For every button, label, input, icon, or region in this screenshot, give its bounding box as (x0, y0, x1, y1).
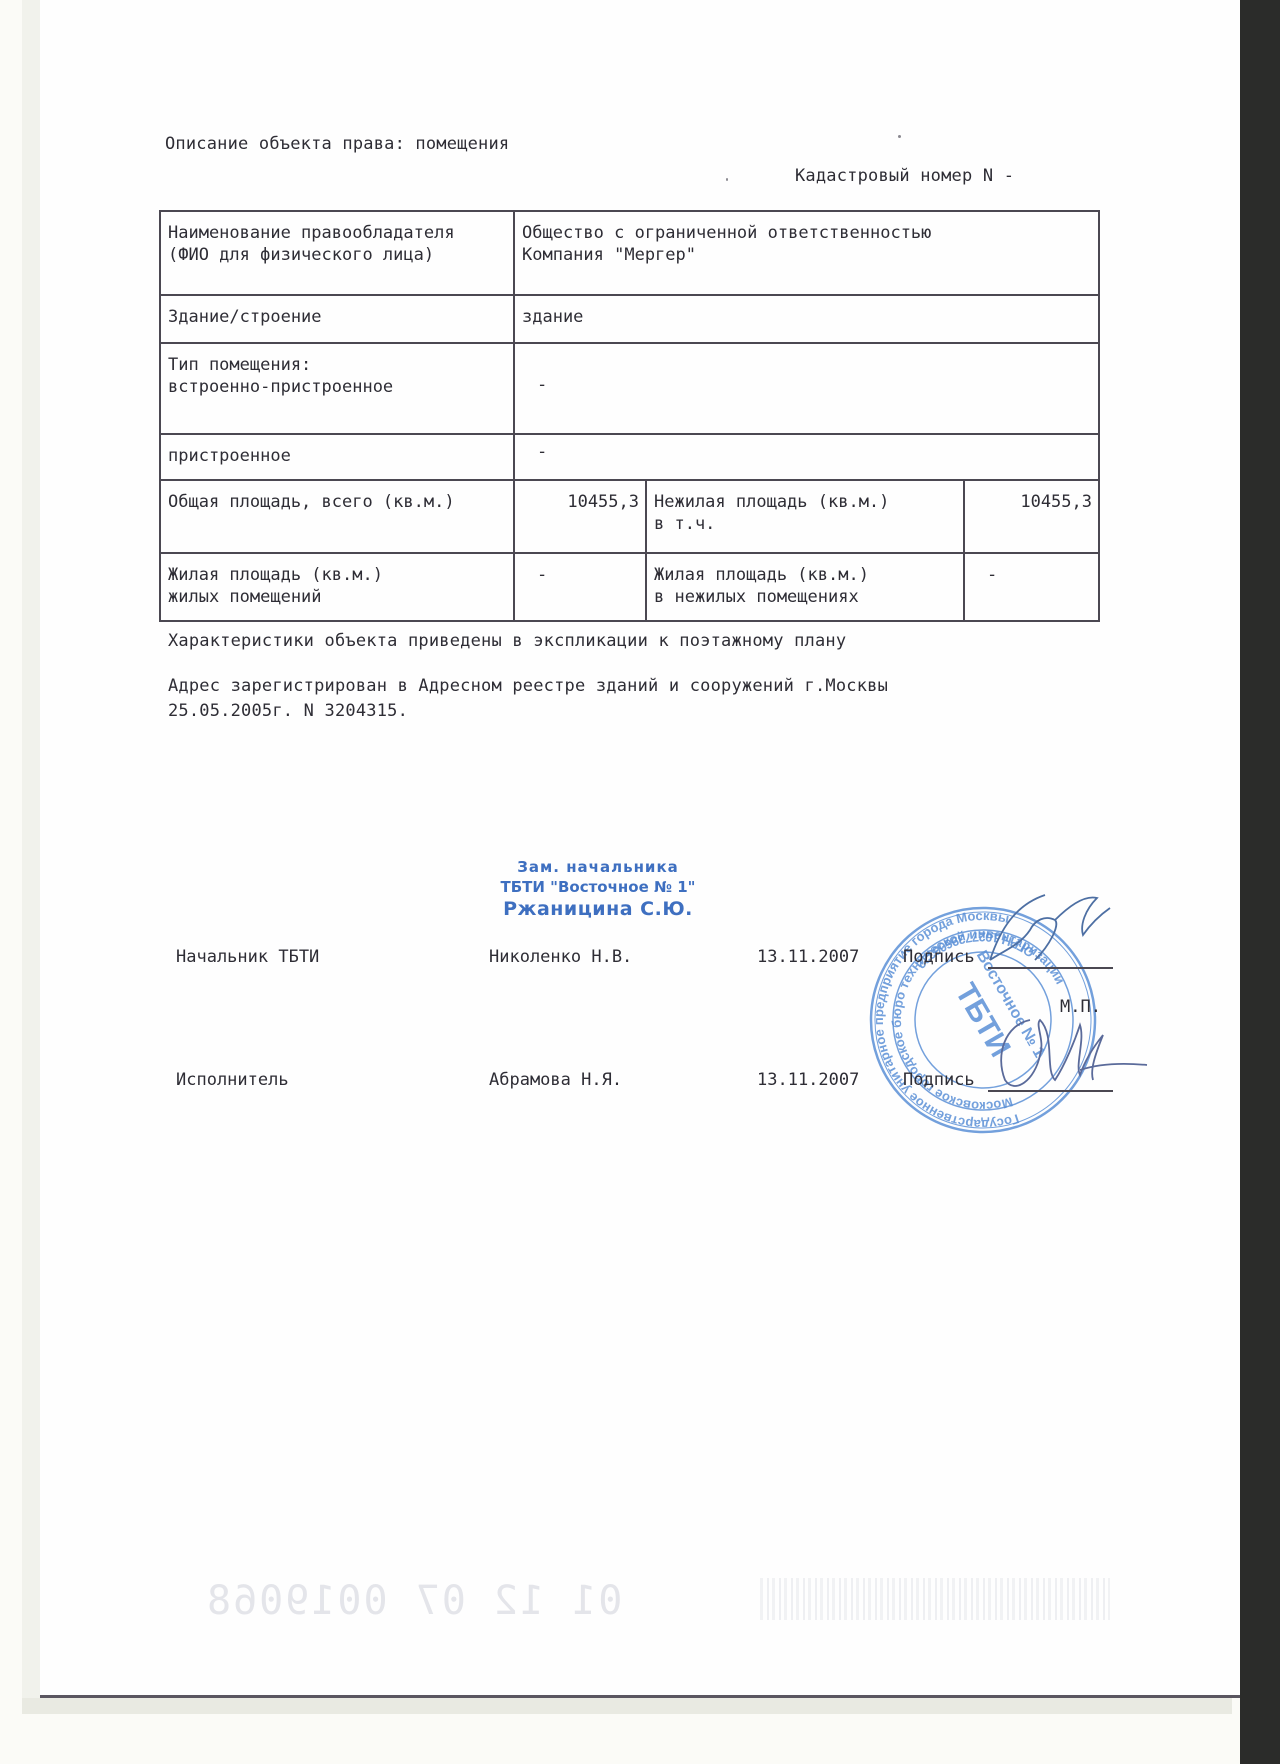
table-row-owner: Наименование правообладателя (ФИО для фи… (160, 211, 1099, 295)
signature-line (988, 967, 1113, 969)
bleed-through-number: 01 12 07 0019068 (205, 1578, 622, 1624)
rights-table: Наименование правообладателя (ФИО для фи… (159, 210, 1100, 622)
table-row-residential: Жилая площадь (кв.м.) жилых помещений - … (160, 553, 1099, 621)
signer-name: Абрамова Н.Я. (489, 1070, 622, 1090)
total-area-label: Общая площадь, всего (кв.м.) (160, 480, 514, 553)
scanner-dark-edge (1240, 0, 1280, 1764)
scan-speck (726, 178, 728, 181)
table-row-attached: пристроенное - (160, 434, 1099, 480)
document-title: Описание объекта права: помещения (165, 134, 509, 154)
owner-label: Наименование правообладателя (ФИО для фи… (160, 211, 514, 295)
cadastral-number: Кадастровый номер N - (795, 166, 1014, 186)
signature-line (988, 1090, 1113, 1092)
premises-type-label: Тип помещения: встроенно-пристроенное (160, 343, 514, 434)
table-row-premises-type: Тип помещения: встроенно-пристроенное - (160, 343, 1099, 434)
attached-label: пристроенное (160, 434, 514, 480)
table-row-area: Общая площадь, всего (кв.м.) 10455,3 Неж… (160, 480, 1099, 553)
signature-row-head: Начальник ТБТИ Николенко Н.В. 13.11.2007… (0, 947, 1240, 973)
signer-name: Николенко Н.В. (489, 947, 632, 967)
scan-under-band (22, 1698, 1232, 1714)
attached-value: - (514, 434, 1099, 480)
sign-label: Подпись (903, 1070, 975, 1090)
address-note: Адрес зарегистрирован в Адресном реестре… (168, 674, 888, 724)
residential-area-value: - (514, 553, 646, 621)
seal-place-label: М.П. (1060, 997, 1101, 1017)
nonresidential-area-value: 10455,3 (964, 480, 1099, 553)
sign-date: 13.11.2007 (757, 1070, 859, 1090)
table-row-building: Здание/строение здание (160, 295, 1099, 343)
bleed-through-barcode (760, 1578, 1110, 1620)
building-label: Здание/строение (160, 295, 514, 343)
building-value: здание (514, 295, 1099, 343)
owner-value: Общество с ограниченной ответственностью… (514, 211, 1099, 295)
deputy-head-stamp: Зам. начальника ТБТИ "Восточное № 1" Ржа… (483, 857, 713, 919)
residential-in-nonres-label: Жилая площадь (кв.м.) в нежилых помещени… (646, 553, 964, 621)
signer-role: Начальник ТБТИ (176, 947, 319, 967)
sign-label: Подпись (903, 947, 975, 967)
sign-date: 13.11.2007 (757, 947, 859, 967)
premises-type-value: - (514, 343, 1099, 434)
signer-role: Исполнитель (176, 1070, 289, 1090)
characteristics-note: Характеристики объекта приведены в экспл… (168, 631, 846, 651)
total-area-value: 10455,3 (514, 480, 646, 553)
residential-in-nonres-value: - (964, 553, 1099, 621)
official-seal-icon: Государственное унитарное предприятие го… (868, 905, 1098, 1135)
signature-row-executor: Исполнитель Абрамова Н.Я. 13.11.2007 Под… (0, 1070, 1240, 1096)
residential-area-label: Жилая площадь (кв.м.) жилых помещений (160, 553, 514, 621)
scan-left-strip (22, 0, 40, 1714)
scan-speck (898, 135, 901, 138)
nonresidential-area-label: Нежилая площадь (кв.м.) в т.ч. (646, 480, 964, 553)
